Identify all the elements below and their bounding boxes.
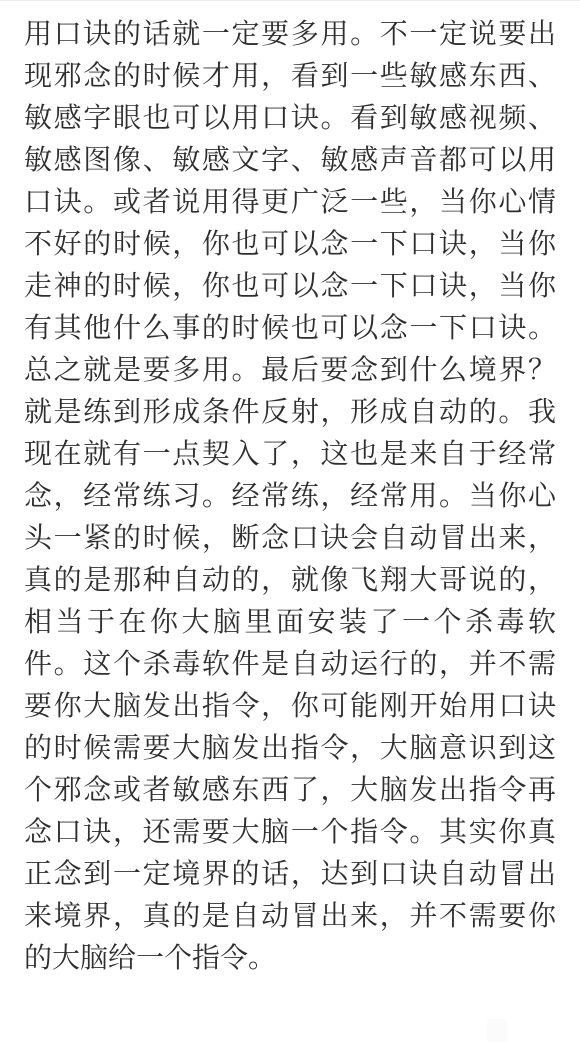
paragraph-text: 用口诀的话就一定要多用。不一定说要出现邪念的时候才用，看到一些敏感东西、敏感字眼… xyxy=(24,13,556,979)
text-line: 走神的时候，你也可以念一下口诀，当你 xyxy=(24,265,556,307)
text-line: 现邪念的时候才用，看到一些敏感东西、 xyxy=(24,55,556,97)
text-line: 敏感字眼也可以用口诀。看到敏感视频、 xyxy=(24,97,556,139)
text-line: 个邪念或者敏感东西了，大脑发出指令再 xyxy=(24,769,556,811)
text-line: 敏感图像、敏感文字、敏感声音都可以用 xyxy=(24,139,556,181)
text-line: 念口诀，还需要大脑一个指令。其实你真 xyxy=(24,811,556,853)
text-line: 件。这个杀毒软件是自动运行的，并不需 xyxy=(24,643,556,685)
text-line: 正念到一定境界的话，达到口诀自动冒出 xyxy=(24,853,556,895)
text-line: 不好的时候，你也可以念一下口诀，当你 xyxy=(24,223,556,265)
text-line: 的时候需要大脑发出指令，大脑意识到这 xyxy=(24,727,556,769)
text-line: 真的是那种自动的，就像飞翔大哥说的， xyxy=(24,559,556,601)
text-line: 有其他什么事的时候也可以念一下口诀。 xyxy=(24,307,556,349)
text-line: 就是练到形成条件反射，形成自动的。我 xyxy=(24,391,556,433)
text-line: 念，经常练习。经常练，经常用。当你心 xyxy=(24,475,556,517)
text-line: 用口诀的话就一定要多用。不一定说要出 xyxy=(24,13,556,55)
watermark-shape xyxy=(487,1019,507,1042)
text-line: 口诀。或者说用得更广泛一些，当你心情 xyxy=(24,181,556,223)
text-line: 要你大脑发出指令，你可能刚开始用口诀 xyxy=(24,685,556,727)
text-line: 的大脑给一个指令。 xyxy=(24,937,556,979)
text-line: 头一紧的时候，断念口诀会自动冒出来， xyxy=(24,517,556,559)
text-line: 相当于在你大脑里面安装了一个杀毒软 xyxy=(24,601,556,643)
text-line: 总之就是要多用。最后要念到什么境界？ xyxy=(24,349,556,391)
text-page: 用口诀的话就一定要多用。不一定说要出现邪念的时候才用，看到一些敏感东西、敏感字眼… xyxy=(0,0,580,1042)
text-line: 现在就有一点契入了，这也是来自于经常 xyxy=(24,433,556,475)
text-line: 来境界，真的是自动冒出来，并不需要你 xyxy=(24,895,556,937)
